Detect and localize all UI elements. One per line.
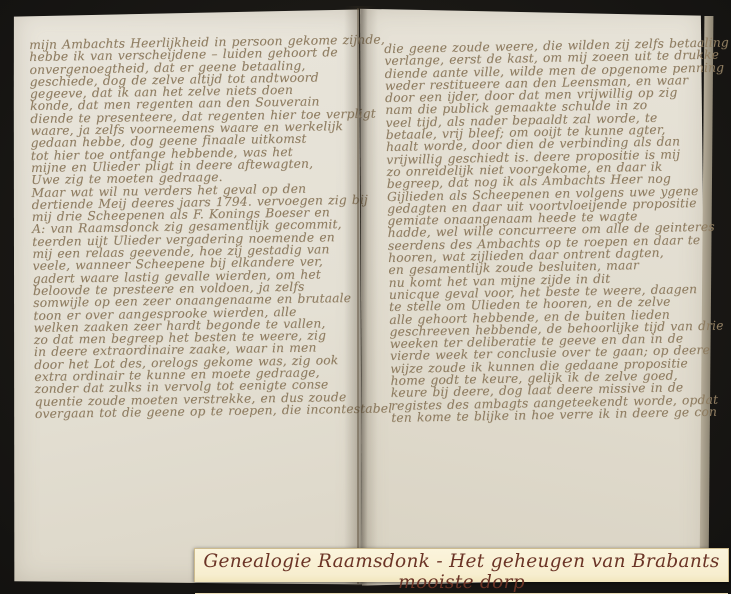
right-page-text: die geene zoude weere, die wilden zij ze… [384,35,721,422]
left-page-text: mijn Ambachts Heerlijkheid in persoon ge… [29,32,365,418]
center-fold-line [357,8,359,584]
watermark-banner: Genealogie Raamsdonk - Het geheugen van … [194,548,729,582]
manuscript-scan: mijn Ambachts Heerlijkheid in persoon ge… [0,0,731,594]
watermark-banner-text: Genealogie Raamsdonk - Het geheugen van … [195,549,728,593]
